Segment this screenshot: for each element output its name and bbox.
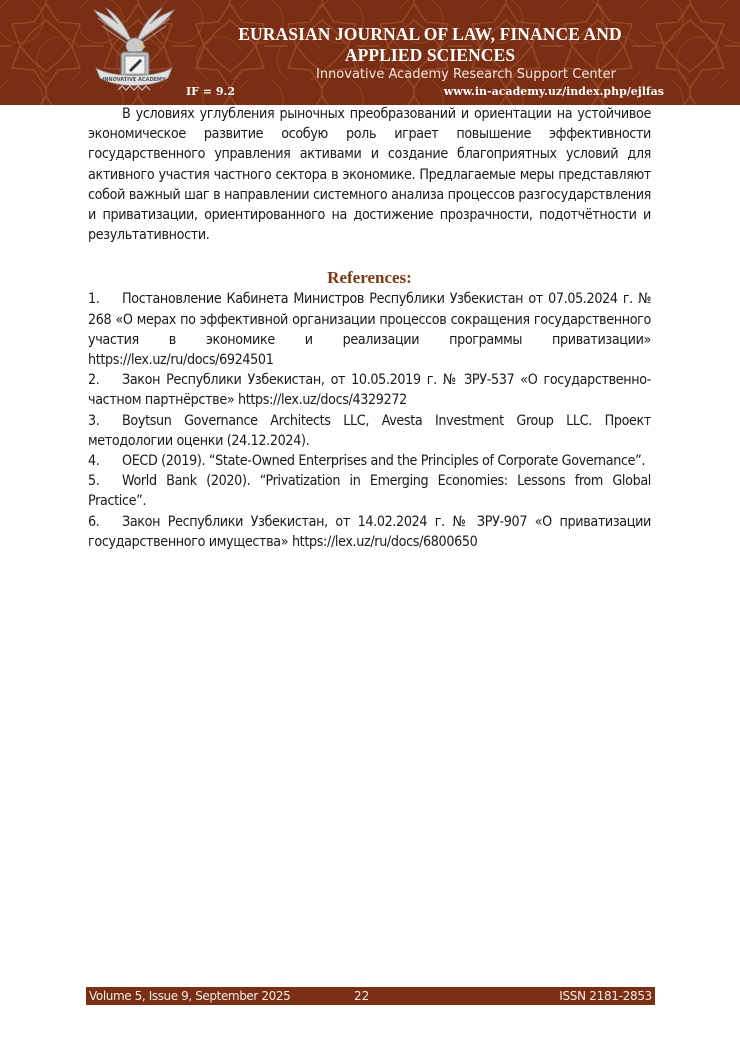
reference-text: Постановление Кабинета Министров Республ… xyxy=(88,291,651,368)
impact-factor: IF = 9.2 xyxy=(186,85,235,98)
reference-item: 1.Постановление Кабинета Министров Респу… xyxy=(88,289,651,370)
journal-subtitle: Innovative Academy Research Support Cent… xyxy=(205,67,727,82)
journal-url-link[interactable]: www.in-academy.uz/index.php/ejlfas xyxy=(444,85,664,98)
journal-title: EURASIAN JOURNAL OF LAW, FINANCE AND APP… xyxy=(205,24,655,66)
reference-number: 5. xyxy=(88,471,122,491)
reference-item: 3.Boytsun Governance Architects LLC, Ave… xyxy=(88,411,651,451)
references-list: 1.Постановление Кабинета Министров Респу… xyxy=(88,289,651,552)
reference-number: 6. xyxy=(88,512,122,532)
journal-title-line2: APPLIED SCIENCES xyxy=(205,45,655,66)
reference-item: 2.Закон Республики Узбекистан, от 10.05.… xyxy=(88,370,651,410)
journal-header-band: INNOVATIVE ACADEMY EURASIAN JOURNAL OF L… xyxy=(0,0,740,105)
reference-item: 6.Закон Республики Узбекистан, от 14.02.… xyxy=(88,512,651,552)
reference-text: World Bank (2020). “Privatization in Eme… xyxy=(88,473,651,509)
reference-number: 3. xyxy=(88,411,122,431)
reference-text: Закон Республики Узбекистан, от 14.02.20… xyxy=(88,514,651,550)
innovative-academy-eagle-logo: INNOVATIVE ACADEMY xyxy=(88,4,180,100)
reference-item: 5.World Bank (2020). “Privatization in E… xyxy=(88,471,651,511)
references-heading: References: xyxy=(88,267,651,289)
page-footer-band: Volume 5, Issue 9, September 2025 22 ISS… xyxy=(86,987,655,1005)
article-content: В условиях углубления рыночных преобразо… xyxy=(88,104,651,552)
conclusion-paragraph: В условиях углубления рыночных преобразо… xyxy=(88,104,651,245)
reference-number: 4. xyxy=(88,451,122,471)
issn-number: ISSN 2181-2853 xyxy=(559,987,652,1005)
reference-text: Закон Республики Узбекистан, от 10.05.20… xyxy=(88,372,651,408)
journal-title-line1: EURASIAN JOURNAL OF LAW, FINANCE AND xyxy=(205,24,655,45)
reference-number: 2. xyxy=(88,370,122,390)
reference-text: Boytsun Governance Architects LLC, Avest… xyxy=(88,413,651,449)
reference-text: OECD (2019). “State-Owned Enterprises an… xyxy=(122,453,645,469)
page-number: 22 xyxy=(354,987,369,1005)
svg-text:INNOVATIVE ACADEMY: INNOVATIVE ACADEMY xyxy=(102,77,166,83)
volume-issue-info: Volume 5, Issue 9, September 2025 xyxy=(89,987,290,1005)
reference-item: 4.OECD (2019). “State-Owned Enterprises … xyxy=(88,451,651,471)
reference-number: 1. xyxy=(88,289,122,309)
